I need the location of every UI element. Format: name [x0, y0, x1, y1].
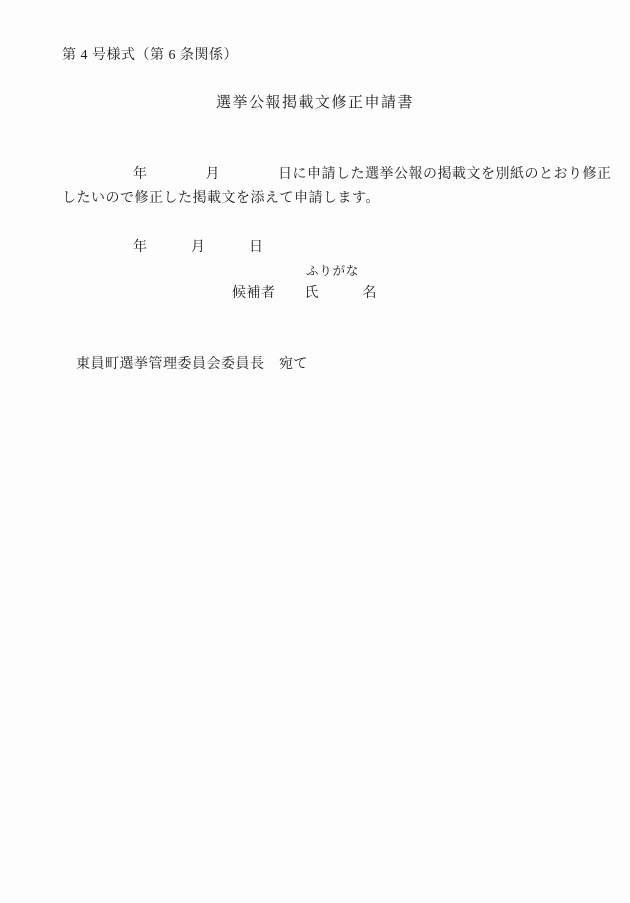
form-number-label: 第 4 号様式（第 6 条関係）: [62, 48, 238, 64]
document-title: 選挙公報掲載文修正申請書: [0, 95, 630, 112]
body-paragraph-line2: したいので修正した掲載文を添えて申請します。: [62, 191, 380, 207]
candidate-name-line: 候補者 氏 名: [232, 286, 377, 302]
body-paragraph-line1: 年 月 日に申請した選挙公報の掲載文を別紙のとおり修正: [133, 167, 612, 183]
document-page: 第 4 号様式（第 6 条関係） 選挙公報掲載文修正申請書 年 月 日に申請した…: [0, 0, 630, 903]
furigana-label: ふりがな: [306, 264, 359, 278]
addressee-line: 東員町選挙管理委員会委員長 宛て: [76, 357, 308, 373]
application-date-line: 年 月 日: [133, 240, 264, 256]
